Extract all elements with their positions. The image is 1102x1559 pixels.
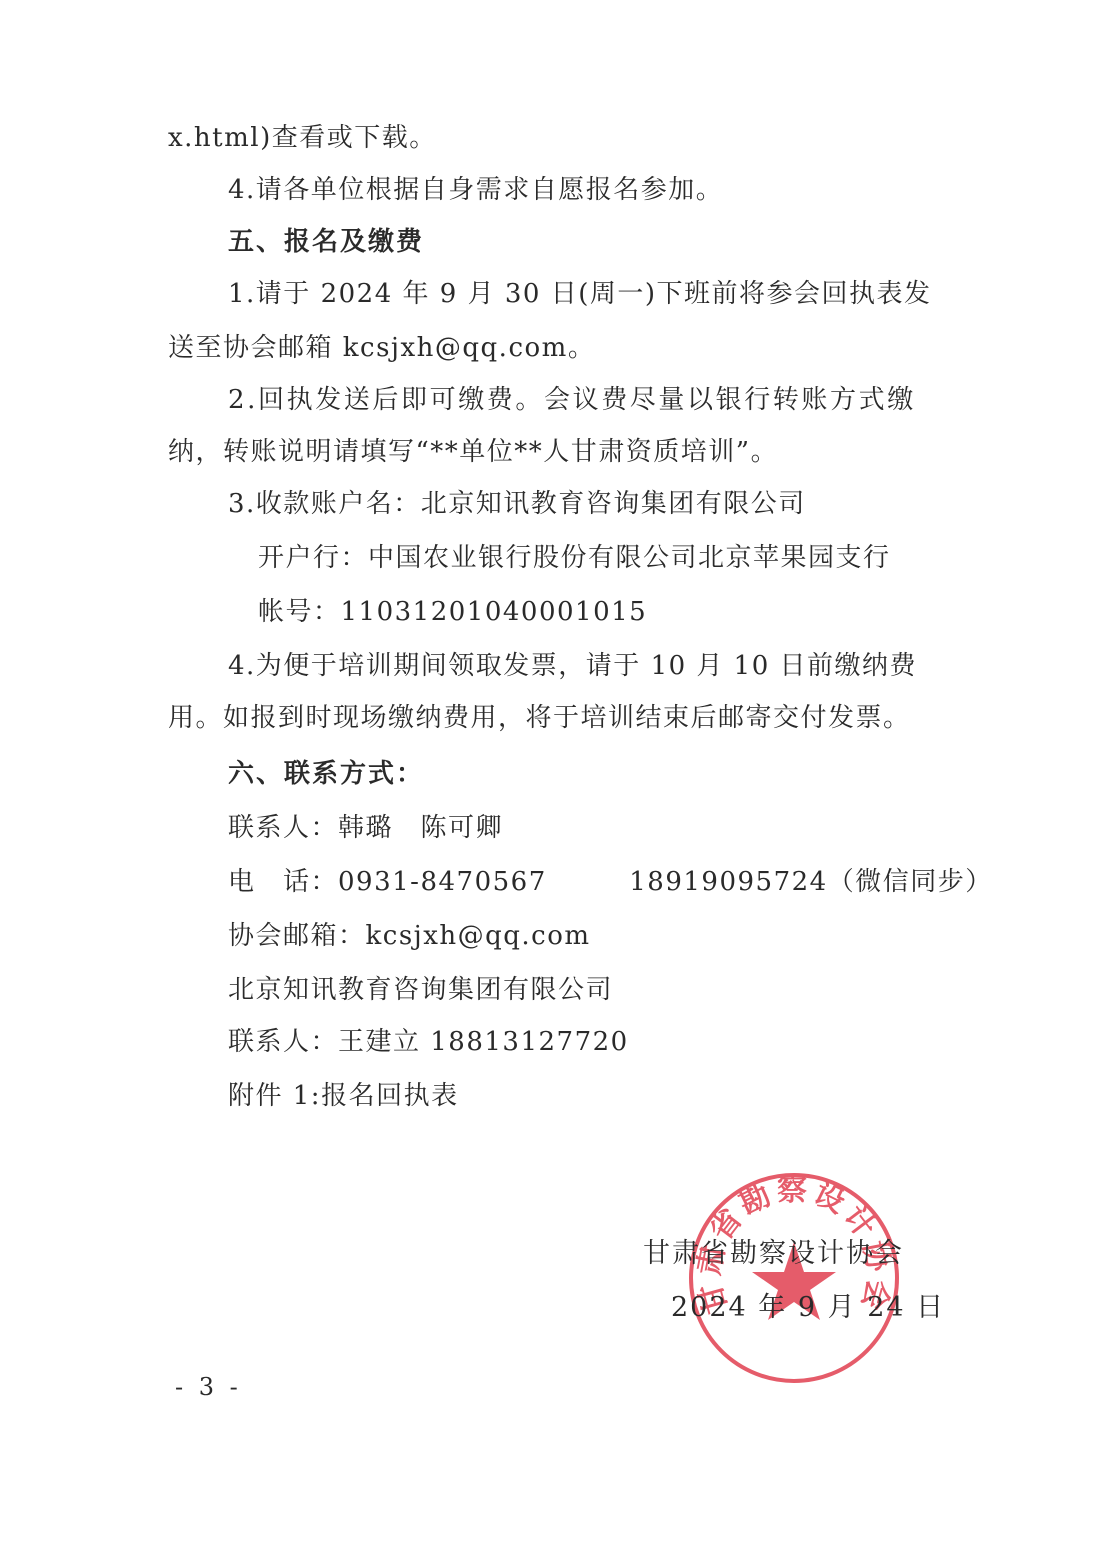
section-heading-contact: 六、联系方式： [228, 756, 988, 792]
text-line-bank: 开户行：中国农业银行股份有限公司北京苹果园支行 [258, 540, 1018, 576]
text-line-account-number: 帐号：11031201040001015 [258, 594, 1018, 630]
text-line-company-contact: 联系人：王建立 18813127720 [228, 1024, 988, 1060]
text-line-registration-1a: 1.请于 2024 年 9 月 30 日(周一)下班前将参会回执表发 [228, 276, 988, 312]
text-line-attachment: 附件 1:报名回执表 [228, 1078, 988, 1114]
text-line-invoice-b: 用。如报到时现场缴纳费用，将于培训结束后邮寄交付发票。 [168, 700, 928, 736]
text-line-email: 协会邮箱：kcsjxh@qq.com [228, 918, 988, 954]
text-line-invoice-a: 4.为便于培训期间领取发票，请于 10 月 10 日前缴纳费 [228, 648, 988, 684]
text-line-item-4: 4.请各单位根据自身需求自愿报名参加。 [228, 172, 988, 208]
text-line-url-tail: x.html)查看或下载。 [168, 120, 928, 156]
document-page: x.html)查看或下载。 4.请各单位根据自身需求自愿报名参加。 五、报名及缴… [0, 0, 1102, 1559]
signature-date: 2024 年 9 月 24 日 [671, 1290, 945, 1326]
text-line-phone: 电 话：0931-8470567 18919095724（微信同步） [228, 864, 988, 900]
page-number: - 3 - [175, 1373, 242, 1401]
section-heading-registration: 五、报名及缴费 [228, 224, 988, 260]
text-line-company: 北京知讯教育咨询集团有限公司 [228, 972, 988, 1008]
text-line-registration-2b: 纳，转账说明请填写“**单位**人甘肃资质培训”。 [168, 434, 928, 470]
text-line-registration-1b: 送至协会邮箱 kcsjxh@qq.com。 [168, 330, 928, 366]
signature-organization: 甘肃省勘察设计协会 [643, 1236, 904, 1272]
text-line-registration-2a: 2.回执发送后即可缴费。会议费尽量以银行转账方式缴 [228, 382, 988, 418]
text-line-contacts: 联系人：韩璐 陈可卿 [228, 810, 988, 846]
text-line-account-name: 3.收款账户名：北京知讯教育咨询集团有限公司 [228, 486, 988, 522]
official-seal: 甘肃省勘察设计协会 [686, 1170, 902, 1386]
